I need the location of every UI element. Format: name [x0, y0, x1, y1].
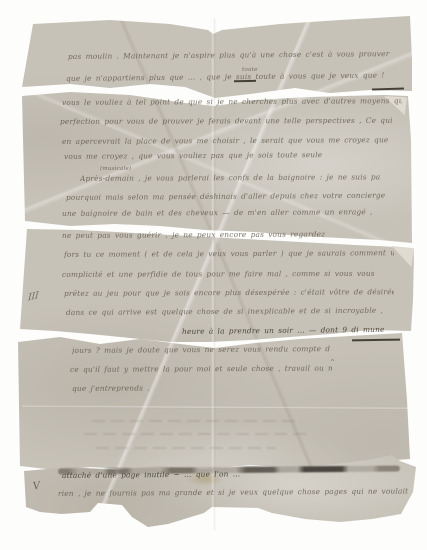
ghost-writing-trace — [92, 420, 302, 422]
handwriting-line: dans ce qui arrive est quelque chose de … — [66, 306, 392, 319]
handwriting-line: en apercevrait la place de vous me chois… — [62, 135, 388, 148]
handwriting-line: perfection pour vous de prouver je ferai… — [60, 116, 392, 128]
handwriting-line: ce qu'il faut y mettre la pour moi et se… — [70, 364, 332, 376]
handwriting-line: prêtez au jeu pour que je sois encore pl… — [64, 287, 394, 300]
handwriting-line: fors tu ce moment ( et de cela je veux v… — [64, 248, 394, 261]
handwriting-line: pourquoi mais selon ma pensée déshinais … — [66, 191, 386, 204]
letter-photograph: pas moulin . Maintenant je n'aspire plus… — [0, 0, 427, 550]
section-numeral-v: V — [32, 481, 41, 493]
handwriting-line: Après-demain , je vous parlerai les conf… — [80, 172, 380, 185]
handwriting-line-torn: heure à la prendre un soir … — dont 9 di… — [182, 325, 398, 338]
ghost-writing-trace — [96, 447, 276, 449]
handwriting-line: vous le vouliez à tel point de que si je… — [62, 96, 402, 109]
handwriting-line: ne peut pas vous guérir , je ne peux enc… — [62, 230, 330, 242]
ghost-writing-trace — [84, 433, 312, 435]
handwriting-line: complicité et une perfidie de tous pour … — [62, 269, 390, 281]
handwriting-line: vous me croyez , que vous vouliez pas qu… — [64, 150, 326, 163]
handwriting-line: que j'entreprends . — [72, 383, 168, 395]
handwriting-line: une baignoire de bain et des cheveux — d… — [62, 207, 388, 220]
interline-word: toute — [242, 67, 268, 75]
handwriting-line: jours ? mais je doute que vous ne serez … — [72, 344, 330, 357]
insertion-caret: ^ — [330, 359, 335, 366]
